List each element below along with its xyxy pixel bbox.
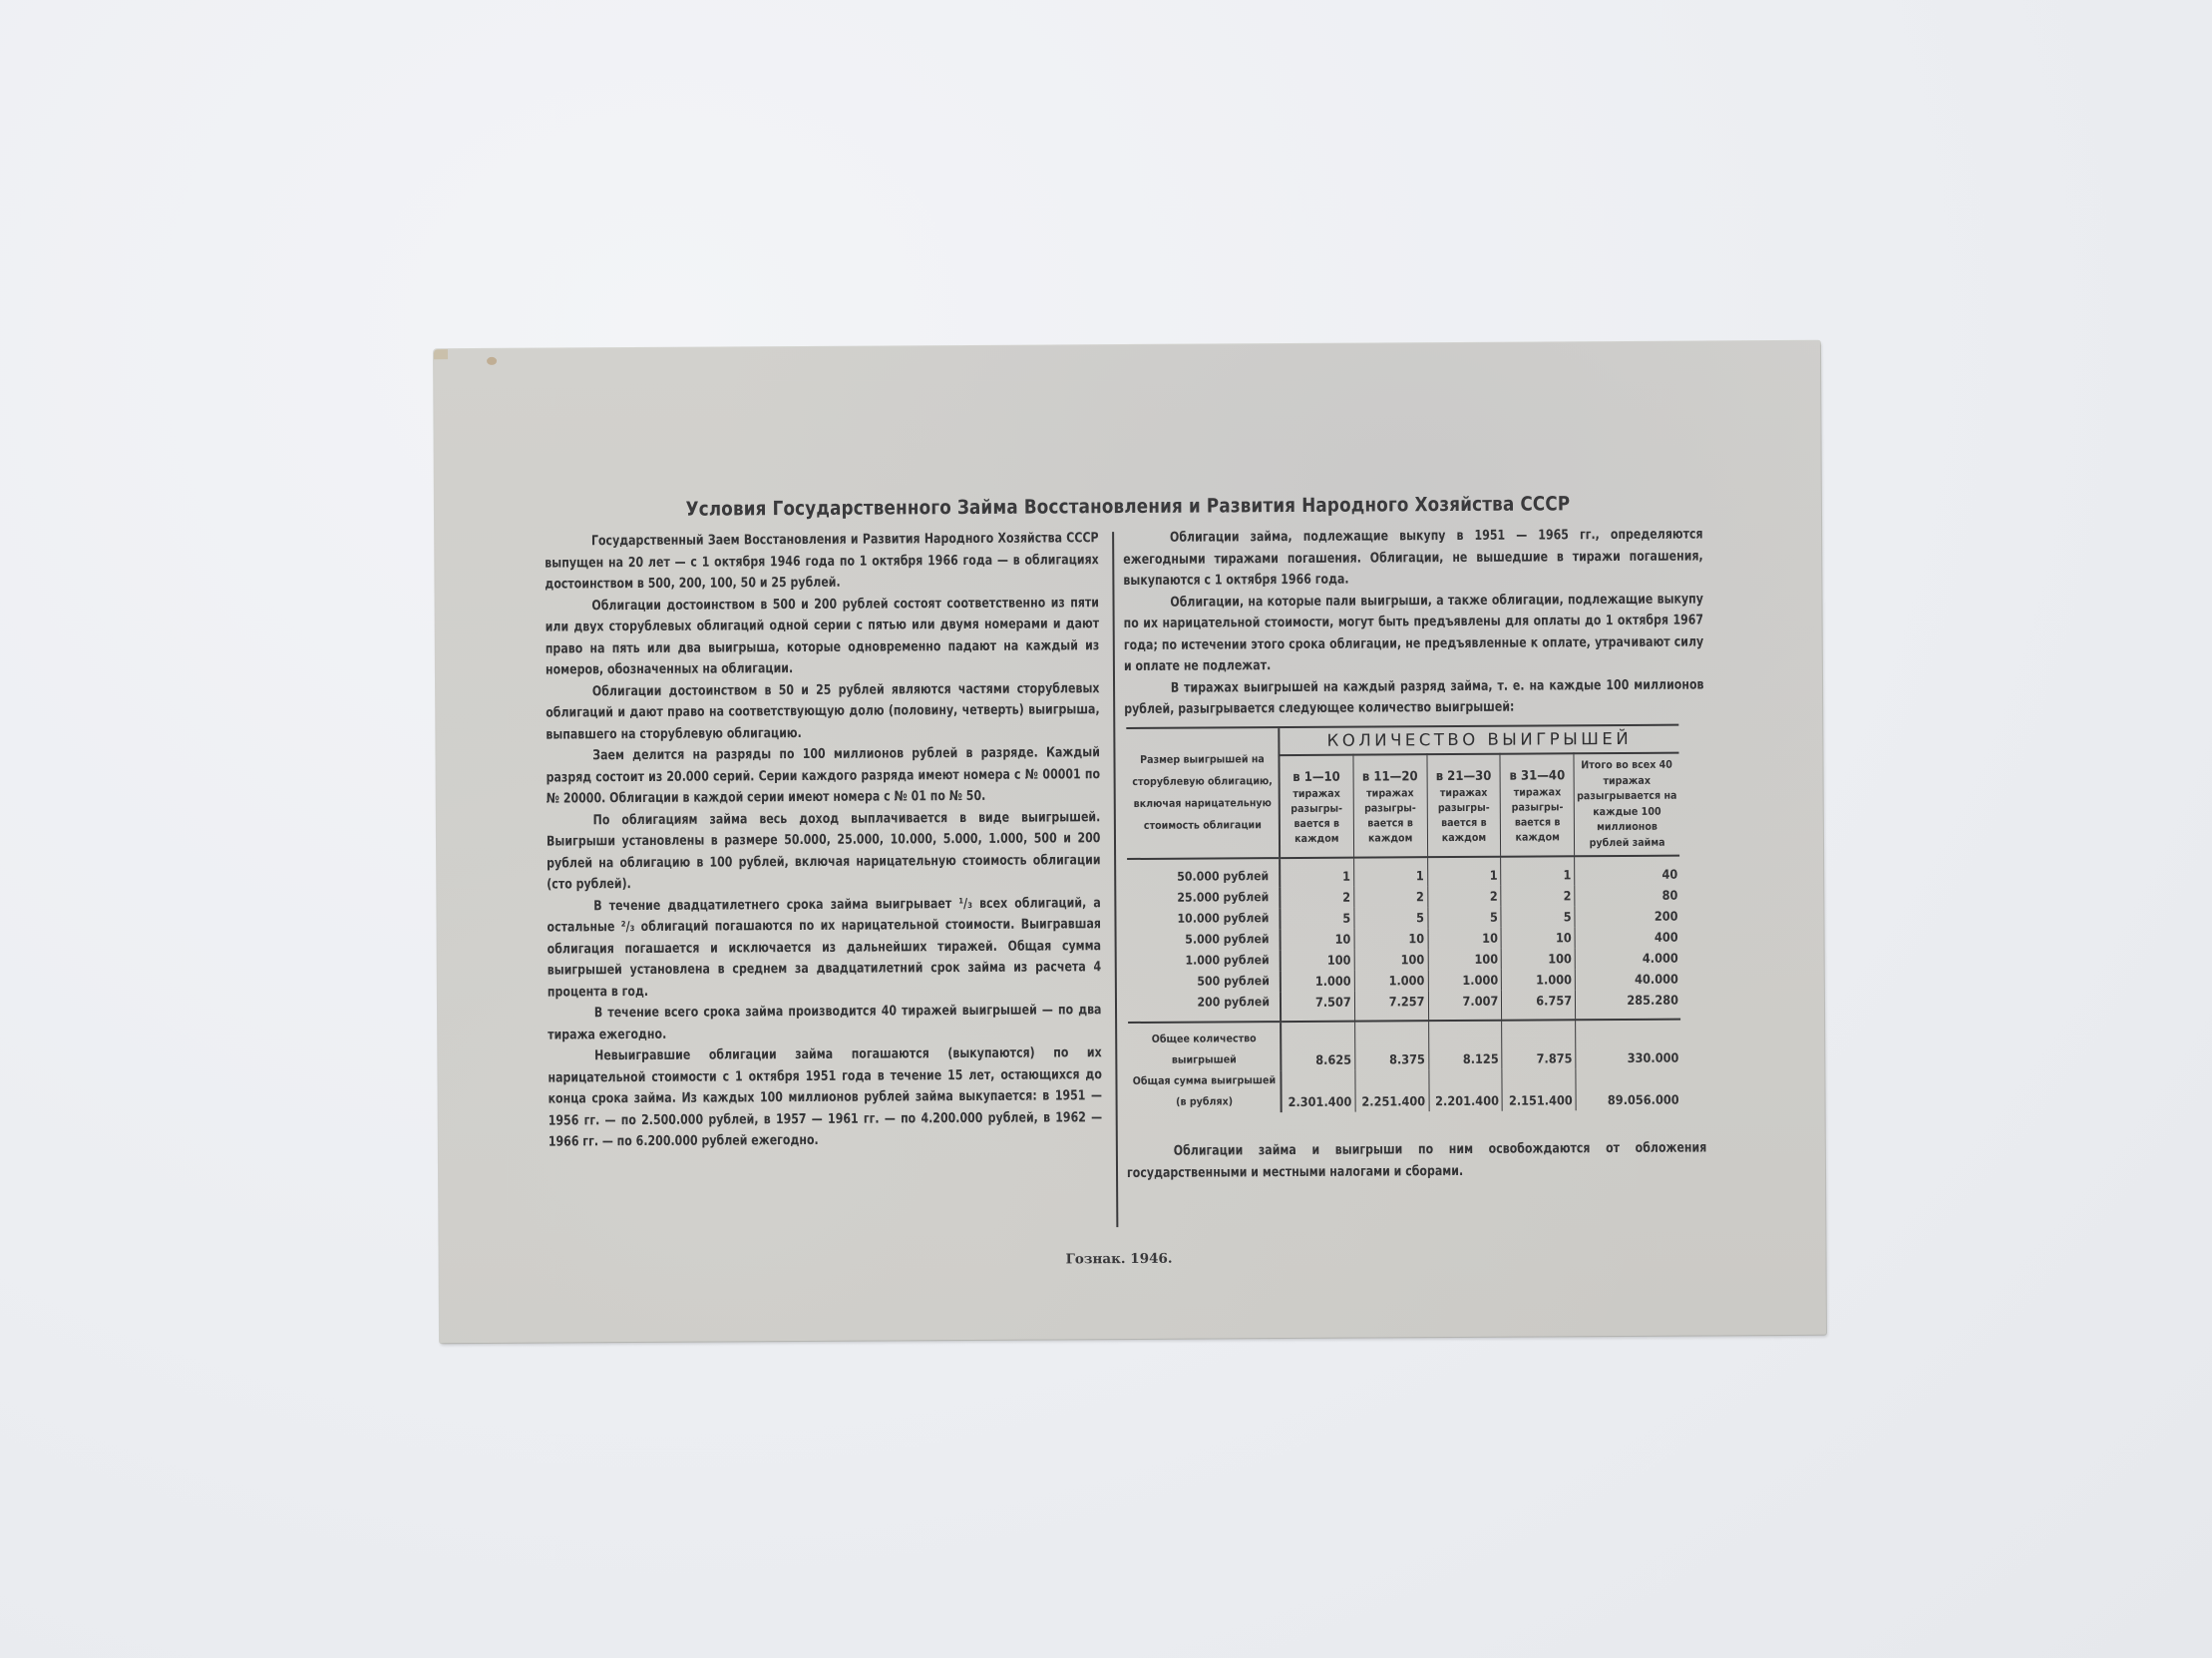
paragraph: Невыигравшие облигации займа погашаются … xyxy=(548,1042,1102,1153)
paragraph: Облигации достоинством в 500 и 200 рубле… xyxy=(545,593,1099,681)
prize-size-cell: 5.000 рублей xyxy=(1128,929,1281,951)
table-row: 50.000 рублей111140 xyxy=(1127,857,1679,888)
draw-count-cell: 6.757 xyxy=(1502,990,1576,1020)
paragraph: В течение всего срока займа производится… xyxy=(548,1000,1102,1045)
table-row: Общая сумма выигрышей (в рублях)2.301.40… xyxy=(1128,1068,1680,1113)
draw-column-header: в 31—40 тиражах разыгры- вается в каждом xyxy=(1500,753,1574,856)
paragraph: Государственный Заем Восстановления и Ра… xyxy=(545,528,1099,596)
paragraph: Облигации достоинством в 50 и 25 рублей … xyxy=(546,678,1100,746)
totals-value-cell: 8.375 xyxy=(1354,1022,1428,1069)
prize-size-cell: 25.000 рублей xyxy=(1127,887,1280,909)
prize-table: Размер выигрышей на сторублевую облигаци… xyxy=(1126,723,1680,1113)
draw-count-cell: 2 xyxy=(1501,885,1575,906)
totals-value-cell: 2.151.400 xyxy=(1502,1068,1576,1110)
prize-size-cell: 50.000 рублей xyxy=(1127,859,1280,888)
draw-count-cell: 10 xyxy=(1281,929,1354,950)
prize-size-cell: 1.000 рублей xyxy=(1128,950,1281,972)
draw-count-cell: 100 xyxy=(1281,950,1354,971)
draw-count-cell: 5 xyxy=(1427,907,1501,928)
totals-value-cell: 2.301.400 xyxy=(1281,1070,1355,1112)
prize-size-cell: 500 рублей xyxy=(1128,971,1281,993)
totals-value-cell: 2.201.400 xyxy=(1428,1069,1502,1111)
total-count-cell: 80 xyxy=(1575,885,1680,907)
age-stain xyxy=(434,349,448,359)
prize-size-header: Размер выигрышей на сторублевую облигаци… xyxy=(1126,728,1280,859)
draw-count-cell: 10 xyxy=(1354,928,1428,949)
draw-count-cell: 100 xyxy=(1428,949,1502,970)
totals-value-cell: 89.056.000 xyxy=(1576,1068,1681,1111)
total-rows: Общее количество выигрышей8.6258.3758.12… xyxy=(1128,1021,1681,1113)
total-count-cell: 40 xyxy=(1575,857,1680,886)
prize-size-cell: 10.000 рублей xyxy=(1127,908,1280,930)
totals-label-cell: Общая сумма выигрышей (в рублях) xyxy=(1128,1070,1281,1113)
total-count-cell: 200 xyxy=(1575,906,1680,928)
right-column: Облигации займа, подлежащие выкупу в 195… xyxy=(1123,524,1707,1184)
table-row: Общее количество выигрышей8.6258.3758.12… xyxy=(1128,1021,1680,1071)
draw-count-cell: 5 xyxy=(1280,908,1353,929)
paragraph: Облигации займа, подлежащие выкупу в 195… xyxy=(1123,524,1703,592)
total-count-cell: 400 xyxy=(1575,927,1680,949)
draw-count-cell: 1 xyxy=(1501,857,1575,885)
draw-count-cell: 10 xyxy=(1428,928,1502,949)
draw-count-cell: 1 xyxy=(1427,858,1501,886)
paragraph: Заем делится на разряды по 100 миллионов… xyxy=(546,742,1100,810)
totals-value-cell: 330.000 xyxy=(1576,1021,1681,1069)
draw-count-cell: 7.007 xyxy=(1428,991,1502,1021)
draw-count-cell: 1.000 xyxy=(1354,970,1428,991)
totals-value-cell: 8.125 xyxy=(1428,1022,1502,1069)
totals-value-cell: 2.251.400 xyxy=(1355,1069,1429,1111)
age-stain xyxy=(487,357,497,365)
draw-count-cell: 5 xyxy=(1501,906,1575,927)
draw-column-header: в 1—10 тиражах разыгры- вается в каждом xyxy=(1279,755,1353,858)
prize-rows: 50.000 рублей11114025.000 рублей22228010… xyxy=(1127,857,1680,1023)
document-title: Условия Государственного Займа Восстанов… xyxy=(532,491,1724,521)
draw-count-cell: 7.257 xyxy=(1354,991,1428,1021)
paragraph: По облигациям займа весь доход выплачива… xyxy=(547,807,1101,896)
bond-reverse-sheet: Условия Государственного Займа Восстанов… xyxy=(434,341,1826,1343)
draw-column-header: в 11—20 тиражах разыгры- вается в каждом xyxy=(1353,754,1427,857)
total-count-cell: 4.000 xyxy=(1575,948,1680,970)
total-count-cell: 285.280 xyxy=(1576,990,1681,1021)
draw-count-cell: 2 xyxy=(1354,886,1428,907)
draw-count-cell: 2 xyxy=(1280,887,1353,908)
draw-count-cell: 2 xyxy=(1427,886,1501,907)
tax-exemption-note: Облигации займа и выигрыши по ним освобо… xyxy=(1127,1137,1707,1184)
draw-count-cell: 100 xyxy=(1354,949,1428,970)
draw-count-cell: 100 xyxy=(1502,948,1576,969)
draw-count-cell: 5 xyxy=(1354,907,1428,928)
draw-column-header: в 21—30 тиражах разыгры- вается в каждом xyxy=(1427,754,1501,857)
prize-count-group-header: КОЛИЧЕСТВО ВЫИГРЫШЕЙ xyxy=(1279,725,1678,755)
draw-count-cell: 1 xyxy=(1280,859,1353,887)
draw-count-cell: 7.507 xyxy=(1281,992,1354,1022)
printer-imprint: Гознак. 1946. xyxy=(1066,1251,1173,1268)
draw-count-cell: 1.000 xyxy=(1281,971,1354,992)
totals-label-cell: Общее количество выигрышей xyxy=(1128,1023,1281,1071)
total-count-cell: 40.000 xyxy=(1575,969,1680,991)
prize-size-cell: 200 рублей xyxy=(1128,992,1281,1023)
paragraph: Облигации, на которые пали выигрыши, а т… xyxy=(1123,589,1703,678)
draw-count-cell: 1 xyxy=(1353,858,1427,886)
draw-count-cell: 1.000 xyxy=(1502,969,1576,990)
totals-value-cell: 8.625 xyxy=(1281,1023,1355,1070)
column-divider xyxy=(1112,532,1118,1227)
totals-value-cell: 7.875 xyxy=(1502,1021,1576,1068)
paragraph: В тиражах выигрышей на каждый разряд зай… xyxy=(1124,674,1704,721)
table-row: 200 рублей7.5077.2577.0076.757285.280 xyxy=(1128,990,1680,1023)
draw-count-cell: 1.000 xyxy=(1428,970,1502,991)
draw-count-cell: 10 xyxy=(1501,927,1575,948)
left-column: Государственный Заем Восстановления и Ра… xyxy=(545,528,1103,1153)
paragraph: В течение двадцатилетнего срока займа вы… xyxy=(547,893,1101,1004)
total-column-header: Итого во всех 40 тиражах разыгрывается н… xyxy=(1574,753,1679,857)
